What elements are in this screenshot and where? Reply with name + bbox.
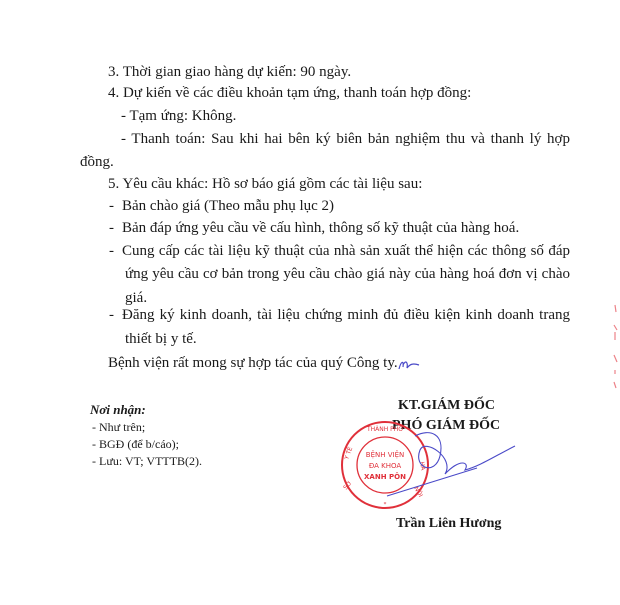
payment-condition-line-1: - Thanh toán: Sau khi hai bên ký biên bả…: [121, 130, 570, 148]
requirement-tech-docs-line-1: Cung cấp các tài liệu kỹ thuật của nhà s…: [122, 242, 570, 260]
recipient-item: - Như trên;: [92, 420, 145, 434]
initials-signature-icon: [397, 357, 421, 373]
signatory-name: Trần Liên Hương: [396, 516, 501, 532]
requirement-specs-response: Bản đáp ứng yêu cầu về cấu hình, thông s…: [122, 219, 519, 237]
advance-payment: - Tạm ứng: Không.: [121, 107, 236, 125]
page-edge-stamp-fragment-icon: [612, 300, 618, 390]
recipient-item: - Lưu: VT; VTTTB(2).: [92, 454, 202, 468]
requirement-tech-docs-line-2: ứng yêu cầu cơ bản trong yêu cầu chào gi…: [125, 265, 570, 283]
bullet-dash: -: [109, 306, 114, 324]
director-signature-icon: [385, 428, 520, 503]
recipient-item: - BGĐ (để b/cáo);: [92, 437, 179, 451]
requirement-tech-docs-line-3: giá.: [125, 289, 147, 307]
item-3-delivery-time: 3. Thời gian giao hàng dự kiến: 90 ngày.: [108, 63, 351, 81]
item-4-payment-terms: 4. Dự kiến về các điều khoản tạm ứng, th…: [108, 84, 471, 102]
svg-text:SỞ: SỞ: [341, 479, 353, 491]
bullet-dash: -: [109, 197, 114, 215]
item-5-other-requirements: 5. Yêu cầu khác: Hồ sơ báo giá gồm các t…: [108, 175, 422, 193]
requirement-business-license-line-1: Đăng ký kinh doanh, tài liệu chứng minh …: [122, 306, 570, 324]
requirement-quotation: Bản chào giá (Theo mẫu phụ lục 2): [122, 197, 334, 215]
recipients-title: Nơi nhận:: [90, 402, 146, 418]
signature-title-1: KT.GIÁM ĐỐC: [398, 398, 495, 414]
requirement-business-license-line-2: thiết bị y tế.: [125, 330, 197, 348]
closing-sentence: Bệnh viện rất mong sự hợp tác của quý Cô…: [108, 354, 398, 372]
bullet-dash: -: [109, 219, 114, 237]
payment-condition-line-2: đồng.: [80, 153, 114, 171]
bullet-dash: -: [109, 242, 114, 260]
